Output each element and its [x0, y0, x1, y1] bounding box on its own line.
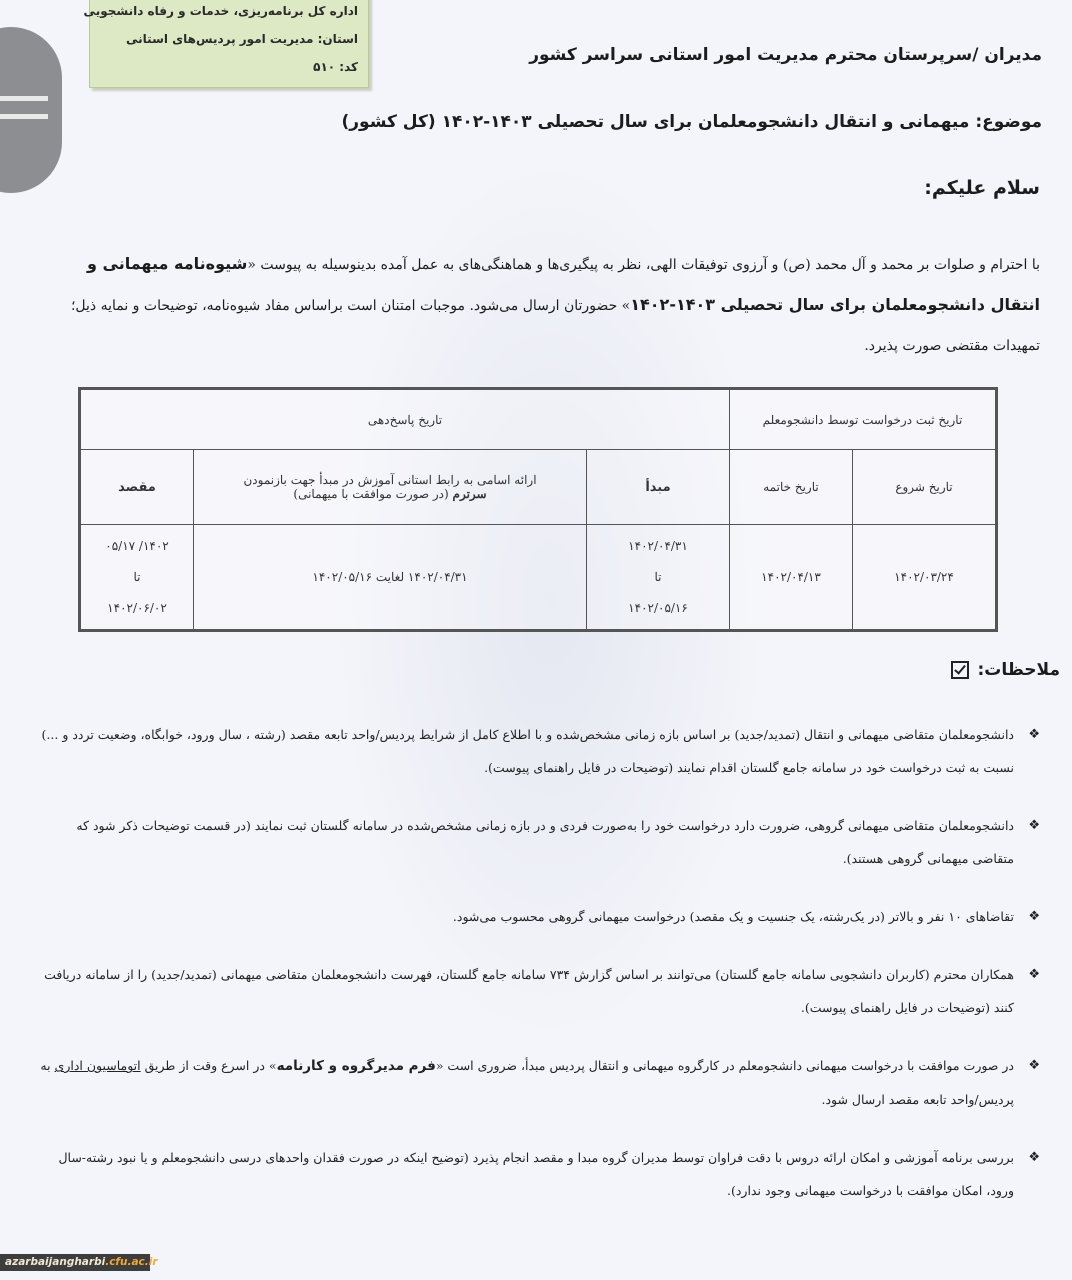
header-registration-date: تاریخ ثبت درخواست توسط دانشجومعلم [730, 389, 997, 450]
schedule-table: تاریخ ثبت درخواست توسط دانشجومعلم تاریخ … [78, 387, 998, 632]
diamond-bullet-icon: ❖ [1028, 1049, 1040, 1082]
cell-origin: ۱۴۰۲/۰۴/۳۱ تا ۱۴۰۲/۰۵/۱۶ [587, 525, 730, 631]
letter-addressee: مدیران /سرپرستان محترم مدیریت امور استان… [529, 45, 1042, 65]
origin-from: ۱۴۰۲/۰۴/۳۱ [593, 531, 723, 562]
letter-intro: با احترام و صلوات بر محمد و آل محمد (ص) … [40, 244, 1040, 366]
note-underline-automation: اتوماسیون اداری [55, 1058, 141, 1073]
notes-list: ❖ دانشجومعلمان متقاضی میهمانی و انتقال (… [40, 718, 1040, 1232]
note-text: بررسی برنامه آموزشی و امکان ارائه دروس ب… [58, 1150, 1014, 1198]
note-text: دانشجومعلمان متقاضی میهمانی و انتقال (تم… [42, 727, 1014, 775]
list-item: ❖ دانشجومعلمان متقاضی میهمانی گروهی، ضرو… [40, 809, 1040, 875]
cell-start-date: ۱۴۰۲/۰۳/۲۴ [853, 525, 997, 631]
list-item: ❖ در صورت موافقت با درخواست میهمانی دانش… [40, 1049, 1040, 1116]
site-domain-suffix: .cfu.ac.ir [105, 1256, 157, 1268]
header-end-date: تاریخ خاتمه [730, 450, 853, 525]
origin-to-word: تا [593, 562, 723, 593]
diamond-bullet-icon: ❖ [1028, 900, 1040, 933]
cell-destination: ۱۴۰۲/ ۰۵/۱۷ تا ۱۴۰۲/۰۶/۰۲ [80, 525, 194, 631]
stamp-code: کد: ۵۱۰ [90, 53, 358, 81]
header-destination: مقصد [80, 450, 194, 525]
stamp-office: اداره کل برنامه‌ریزی، خدمات و رفاه دانشج… [90, 0, 358, 25]
intro-text: با احترام و صلوات بر محمد و آل محمد (ص) … [247, 257, 1040, 273]
roster-header-line1: ارائه اسامی به رابط استانی آموزش در مبدأ… [200, 473, 580, 487]
office-stamp: اداره کل برنامه‌ریزی، خدمات و رفاه دانشج… [89, 0, 369, 88]
note-text: در صورت موافقت با درخواست میهمانی دانشجو… [436, 1058, 1014, 1073]
header-start-date: تاریخ شروع [853, 450, 997, 525]
origin-to: ۱۴۰۲/۰۵/۱۶ [593, 593, 723, 624]
checkbox-checked-icon [951, 661, 969, 679]
notes-title: ملاحظات: [977, 660, 1060, 680]
destination-to-word: تا [87, 562, 187, 593]
diamond-bullet-icon: ❖ [1028, 1141, 1040, 1174]
destination-from: ۱۴۰۲/ ۰۵/۱۷ [87, 531, 187, 562]
destination-to: ۱۴۰۲/۰۶/۰۲ [87, 593, 187, 624]
roster-header-line2: سرترم (در صورت موافقت با میهمانی) [200, 487, 580, 501]
list-item: ❖ تقاضاهای ۱۰ نفر و بالاتر (در یک‌رشته، … [40, 900, 1040, 933]
menu-icon-bar [0, 114, 48, 119]
letter-subject: موضوع: میهمانی و انتقال دانشجومعلمان برا… [341, 112, 1042, 132]
notes-heading: ملاحظات: [951, 660, 1060, 680]
site-watermark-badge: azarbaijangharbi.cfu.ac.ir [0, 1254, 150, 1271]
note-bold-form-name: فرم مدیرگروه و کارنامه [277, 1058, 436, 1074]
note-text: تقاضاهای ۱۰ نفر و بالاتر (در یک‌رشته، یک… [453, 909, 1014, 924]
header-origin: مبدأ [587, 450, 730, 525]
menu-icon [0, 96, 48, 101]
document-page: اداره کل برنامه‌ریزی، خدمات و رفاه دانشج… [0, 0, 1072, 1280]
cell-roster: ۱۴۰۲/۰۴/۳۱ لغایت ۱۴۰۲/۰۵/۱۶ [194, 525, 587, 631]
note-text: دانشجومعلمان متقاضی میهمانی گروهی، ضرورت… [76, 818, 1014, 866]
roster-header-paren: (در صورت موافقت با میهمانی) [293, 487, 448, 501]
diamond-bullet-icon: ❖ [1028, 718, 1040, 751]
cell-end-date: ۱۴۰۲/۰۴/۱۳ [730, 525, 853, 631]
note-text-mid: » در اسرع وقت از طریق [141, 1058, 277, 1073]
list-item: ❖ دانشجومعلمان متقاضی میهمانی و انتقال (… [40, 718, 1040, 784]
diamond-bullet-icon: ❖ [1028, 958, 1040, 991]
header-response-date: تاریخ پاسخ‌دهی [80, 389, 730, 450]
menu-button[interactable] [0, 27, 62, 193]
header-roster: ارائه اسامی به رابط استانی آموزش در مبدأ… [194, 450, 587, 525]
roster-header-bold: سرترم [453, 487, 487, 501]
stamp-province: استان: مدیریت امور پردیس‌های استانی [90, 25, 358, 53]
letter-greeting: سلام علیکم: [924, 177, 1040, 199]
diamond-bullet-icon: ❖ [1028, 809, 1040, 842]
note-text: همکاران محترم (کاربران دانشجویی سامانه ج… [44, 967, 1014, 1015]
table-row: ۱۴۰۲/۰۳/۲۴ ۱۴۰۲/۰۴/۱۳ ۱۴۰۲/۰۴/۳۱ تا ۱۴۰۲… [80, 525, 997, 631]
site-domain-name: azarbaijangharbi [5, 1256, 105, 1268]
list-item: ❖ بررسی برنامه آموزشی و امکان ارائه دروس… [40, 1141, 1040, 1207]
list-item: ❖ همکاران محترم (کاربران دانشجویی سامانه… [40, 958, 1040, 1024]
